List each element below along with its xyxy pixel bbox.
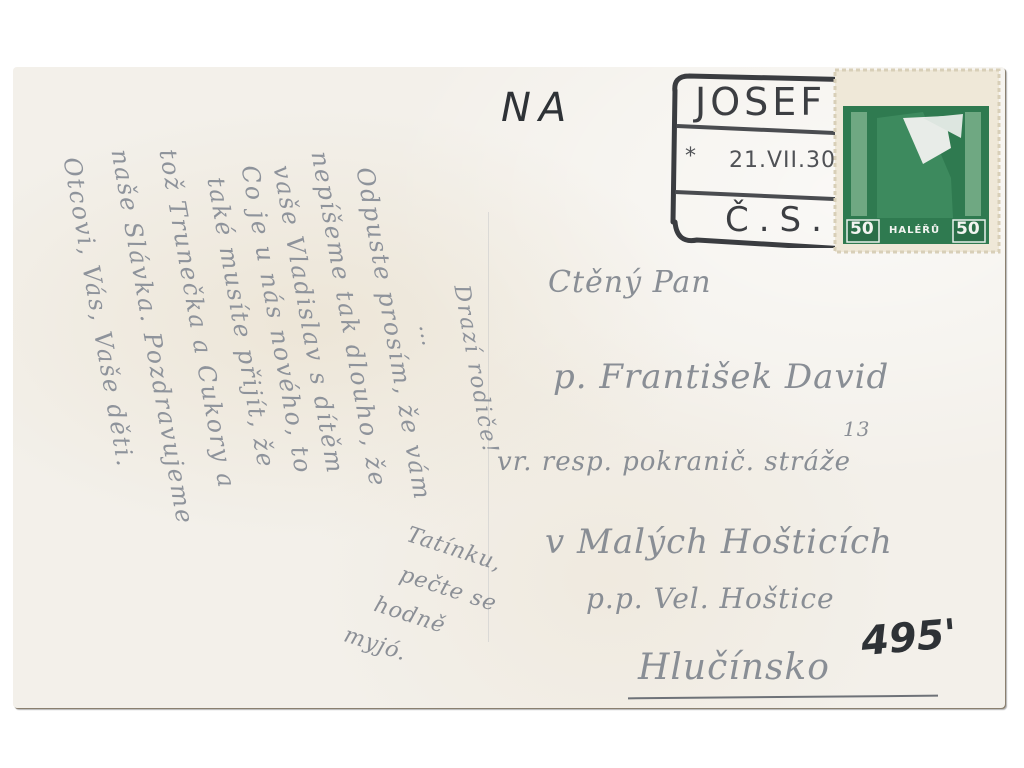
- address-line-3: vr. resp. pokranič. stráže: [497, 447, 851, 477]
- small-mark: 13: [843, 417, 870, 441]
- postmark-town: JOSEF: [695, 80, 826, 124]
- postmark-star: *: [685, 144, 696, 169]
- address-line-1: Ctěný Pan: [548, 265, 712, 300]
- reference-number: 495': [859, 611, 958, 665]
- greeting-line: Drazí rodiče!: [448, 283, 502, 457]
- address-line-2: p. František David: [553, 357, 889, 397]
- stamp-value-left: 50: [850, 219, 874, 239]
- address-line-6: Hlučínsko: [638, 647, 830, 688]
- greeting-line: …: [413, 322, 442, 350]
- postmark-bottom: Č.S.: [725, 200, 832, 240]
- stamp-currency: HALÉŘŮ: [889, 225, 940, 236]
- stamp-value-right: 50: [956, 219, 980, 239]
- postage-stamp: 50 HALÉŘŮ 50: [833, 68, 1003, 254]
- top-pencil-mark: NA: [501, 85, 574, 131]
- address-line-4: v Malých Hošticích: [545, 522, 893, 562]
- message-body: Otcovi, Vás, Vaše děti. naše Slávka. Poz…: [33, 147, 503, 767]
- address-line-5: p.p. Vel. Hoštice: [586, 582, 835, 615]
- postmark-date: 21.VII.30-: [729, 148, 845, 173]
